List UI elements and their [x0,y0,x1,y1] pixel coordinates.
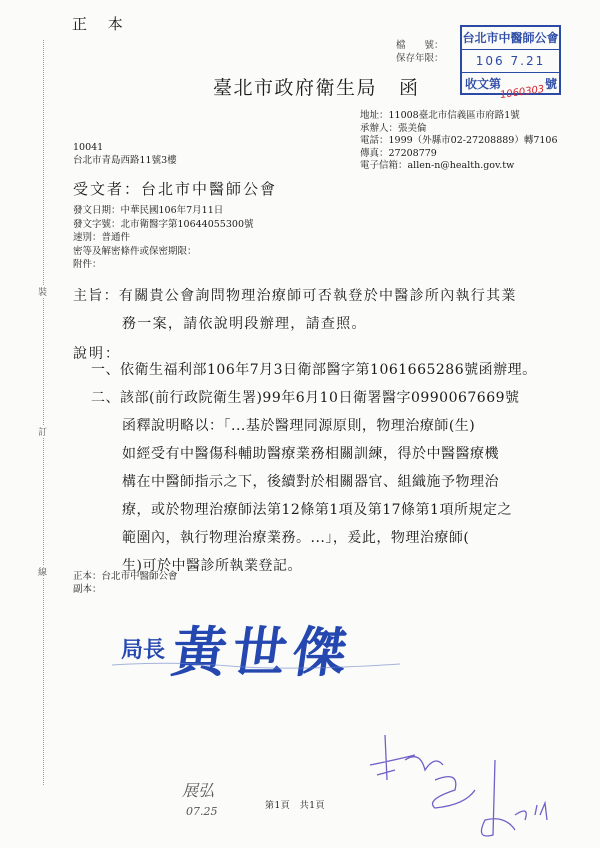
recipient-line: 受文者：台北市中醫師公會 [73,178,277,199]
handwritten-note: 展弘 07.25 [182,778,218,818]
security-level: 密等及解密條件或保密期限： [73,245,254,259]
explanation-item-2-line: 範圍內，執行物理治療業務。...」，爰此，物理治療師( [91,524,537,552]
binding-mark-zhuang: 裝 [38,285,47,298]
explanation-item-2-line: 構在中醫師指示之下，後續對於相關器官、組織施予物理治 [91,468,537,496]
explanation-item-2-line: 函釋說明略以：「...基於醫理同源原則，物理治療師(生) [91,412,537,440]
issue-date: 發文日期：中華民國106年7月11日 [73,204,254,218]
subject-line-2: 務一案，請依說明段辦理，請查照。 [73,310,517,338]
recipient-address: 10041 台北市青島西路11號3樓 [73,141,177,167]
recipient-street: 台北市青島西路11號3樓 [73,154,177,167]
contact-address: 地址：11008臺北市信義區市府路1號 [360,110,558,123]
stamp-date: 106 7.21 [462,50,559,73]
stamp-handwritten-number: 1060303 [499,79,546,107]
contact-phone: 電話：1999（外縣市02-27208889）轉7106 [360,135,558,148]
binding-line [43,40,44,785]
explanation-item-2-line: 如經受有中醫傷科輔助醫療業務相關訓練，得於中醫醫療機 [91,440,537,468]
duplicate-copy-to: 副本： [73,583,178,596]
director-name: 黃世傑 [168,610,359,687]
distribution: 正本：台北市中醫師公會 副本： [73,570,178,596]
explanation-list: 一、依衛生福利部106年7月3日衛部醫字第1061665286號函辦理。 二、該… [91,356,537,580]
handwritten-approval-signature-icon [365,720,565,840]
file-number-label: 檔 號： [396,39,444,52]
document-type: 函 [399,77,420,99]
handwritten-note-text: 展弘 [182,781,214,800]
explanation-item-2: 二、該部(前行政院衛生署)99年6月10日衛署醫字0990067669號 [91,384,537,412]
page-number: 第1頁 共1頁 [265,798,325,811]
contact-fax: 傳真：27208779 [360,148,558,161]
stamp-receipt-label: 收文第 [465,77,501,91]
contact-email: 電子信箱：allen-n@health.gov.tw [360,160,558,173]
contact-block: 地址：11008臺北市信義區市府路1號 承辦人：張美倫 電話：1999（外縣市0… [360,110,558,173]
stamp-receipt-suffix: 號 [545,73,557,95]
signature-underline [110,655,400,675]
attachments: 附件： [73,258,254,272]
director-signature: 局長黃世傑 [121,610,353,687]
issue-number: 發文字號：北市衛醫字第10644055300號 [73,218,254,232]
subject-line-1: 主旨：有關貴公會詢問物理治療師可否執登於中醫診所內執行其業 [73,282,517,310]
subject: 主旨：有關貴公會詢問物理治療師可否執登於中醫診所內執行其業 務一案，請依說明段辦… [73,282,517,338]
issuer-name: 臺北市政府衛生局 [213,77,377,99]
contact-handler: 承辦人：張美倫 [360,123,558,136]
recipient-postal-code: 10041 [73,141,177,154]
binding-mark-xian: 線 [38,565,47,578]
stamp-org: 台北市中醫師公會 [462,27,559,50]
explanation-item-1: 一、依衛生福利部106年7月3日衛部醫字第1061665286號函辦理。 [91,356,537,384]
document-title: 臺北市政府衛生局函 [213,73,420,100]
handwritten-note-date: 07.25 [182,805,218,818]
retention-label: 保存年限： [396,52,444,65]
delivery-speed: 速別：普通件 [73,231,254,245]
explanation-item-2-line: 療，或於物理治療師法第12條第1項及第17條第1項所規定之 [91,496,537,524]
binding-mark-ding: 訂 [38,425,47,438]
stamp-receipt: 收文第 1060303 號 [462,73,559,95]
original-copy-to: 正本：台北市中醫師公會 [73,570,178,583]
file-meta: 檔 號： 保存年限： [396,39,444,65]
received-stamp: 台北市中醫師公會 106 7.21 收文第 1060303 號 [460,25,561,95]
issue-meta: 發文日期：中華民國106年7月11日 發文字號：北市衛醫字第1064405530… [73,204,254,272]
copy-label: 正 本 [72,13,131,34]
